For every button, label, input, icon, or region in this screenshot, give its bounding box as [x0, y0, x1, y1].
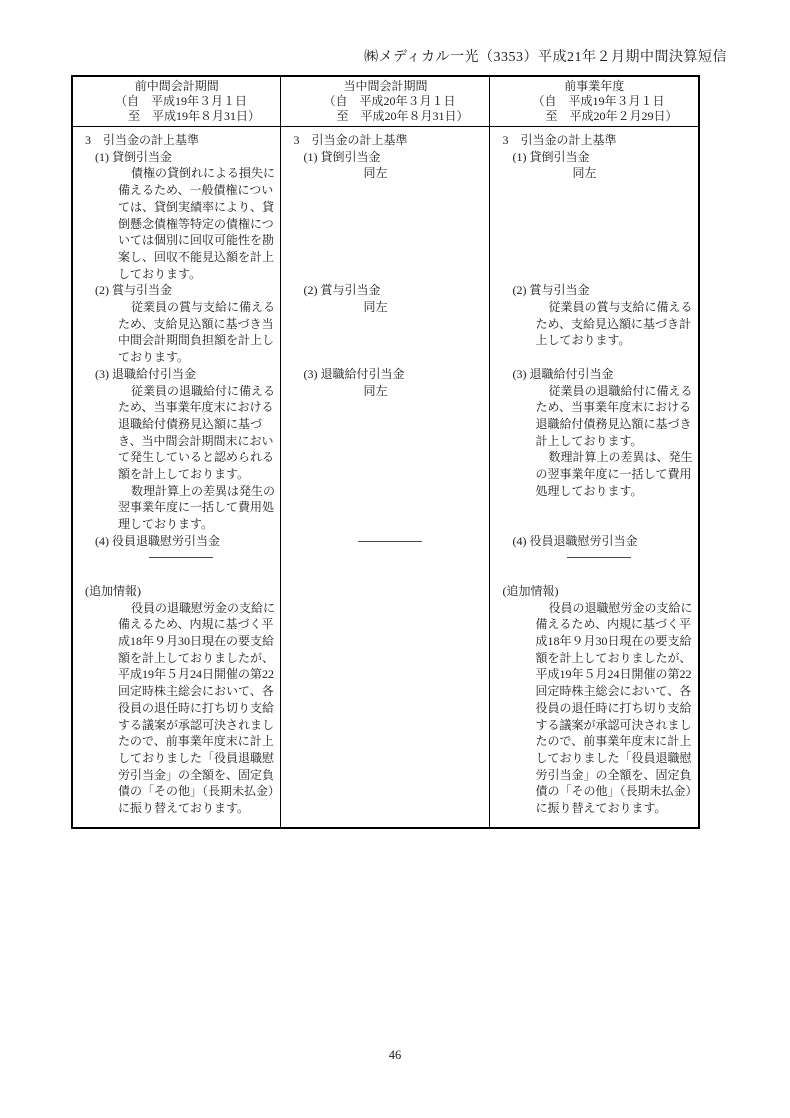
period-from: （自 平成19年３月１日: [532, 94, 696, 109]
item-1-body: 債権の貸倒れによる損失に備えるため、一般債権については、貸倒実績率により、貸倒懸…: [118, 165, 277, 282]
item-4-title: (4) 役員退職慰労引当金: [512, 533, 695, 550]
period-from: （自 平成19年３月１日: [115, 94, 278, 109]
none-dash: [293, 533, 486, 550]
additional-info-label: (追加情報): [85, 583, 277, 600]
period-to: 至 平成20年２月29日）: [545, 109, 696, 124]
item-2-title: (2) 賞与引当金: [512, 282, 695, 299]
table-header-row: 前中間会計期間 （自 平成19年３月１日 至 平成19年８月31日） 当中間会計…: [72, 76, 699, 127]
blank-line-spacer: [502, 182, 695, 282]
item-2-title: (2) 賞与引当金: [95, 282, 277, 299]
additional-info-label: (追加情報): [502, 583, 695, 600]
blank-line-spacer: [85, 566, 277, 583]
section-heading: 3 引当金の計上基準: [85, 132, 277, 149]
header-cell-prior-interim-period: 前中間会計期間 （自 平成19年３月１日 至 平成19年８月31日）: [72, 76, 281, 127]
item-2-title: (2) 賞与引当金: [303, 282, 486, 299]
item-4-title: (4) 役員退職慰労引当金: [95, 533, 277, 550]
period-from: （自 平成20年３月１日: [323, 94, 487, 109]
body-cell-current-interim-period: 3 引当金の計上基準(1) 貸倒引当金同左(2) 賞与引当金同左(3) 退職給付…: [281, 127, 490, 828]
period-name: 前中間会計期間: [75, 79, 278, 94]
additional-info-body: 役員の退職慰労金の支給に備えるため、内規に基づく平成18年９月30日現在の要支給…: [535, 600, 695, 817]
section-heading: 3 引当金の計上基準: [293, 132, 486, 149]
item-2-body: 従業員の賞与支給に備えるため、支給見込額に基づき当中間会計期間負担額を計上してお…: [118, 299, 277, 366]
same-as-left: 同左: [363, 299, 486, 316]
item-2-body: 従業員の賞与支給に備えるため、支給見込額に基づき計上しております。: [535, 299, 695, 349]
blank-line-spacer: [502, 499, 695, 532]
none-dash: [502, 550, 695, 567]
item-3-title: (3) 退職給付引当金: [303, 366, 486, 383]
section-heading: 3 引当金の計上基準: [502, 132, 695, 149]
blank-line-spacer: [502, 566, 695, 583]
period-name: 当中間会計期間: [283, 79, 487, 94]
dash-line: [149, 557, 213, 558]
period-to: 至 平成19年８月31日）: [128, 109, 278, 124]
document-page: ㈱メディカル一光（3353）平成21年２月期中間決算短信 前中間会計期間 （自 …: [0, 0, 790, 1118]
additional-info-body: 役員の退職慰労金の支給に備えるため、内規に基づく平成18年９月30日現在の要支給…: [118, 600, 277, 817]
item-1-title: (1) 貸倒引当金: [95, 149, 277, 166]
body-cell-prior-fiscal-year: 3 引当金の計上基準(1) 貸倒引当金同左(2) 賞与引当金従業員の賞与支給に備…: [490, 127, 699, 828]
blank-line-spacer: [293, 316, 486, 366]
item-3-title: (3) 退職給付引当金: [95, 366, 277, 383]
dash-line: [358, 541, 422, 542]
page-number: 46: [0, 1048, 790, 1063]
header-cell-current-interim-period: 当中間会計期間 （自 平成20年３月１日 至 平成20年８月31日）: [281, 76, 490, 127]
item-3-body: 従業員の退職給付に備えるため、当事業年度末における退職給付債務見込額に基づき、当…: [118, 383, 277, 483]
header-cell-prior-fiscal-year: 前事業年度 （自 平成19年３月１日 至 平成20年２月29日）: [490, 76, 699, 127]
accounting-policy-table: 前中間会計期間 （自 平成19年３月１日 至 平成19年８月31日） 当中間会計…: [71, 75, 700, 829]
same-as-left: 同左: [572, 165, 695, 182]
item-1-title: (1) 貸倒引当金: [512, 149, 695, 166]
blank-line-spacer: [293, 182, 486, 282]
period-to: 至 平成20年８月31日）: [336, 109, 487, 124]
document-title: ㈱メディカル一光（3353）平成21年２月期中間決算短信: [0, 46, 727, 66]
item-3-body-2: 数理計算上の差異は、発生の翌事業年度に一括して費用処理しております。: [535, 449, 695, 499]
item-1-title: (1) 貸倒引当金: [303, 149, 486, 166]
blank-line-spacer: [293, 399, 486, 533]
none-dash: [85, 550, 277, 567]
period-name: 前事業年度: [492, 79, 696, 94]
item-3-body: 従業員の退職給付に備えるため、当事業年度末における退職給付債務見込額に基づき計上…: [535, 383, 695, 450]
dash-line: [567, 557, 631, 558]
same-as-left: 同左: [363, 165, 486, 182]
same-as-left: 同左: [363, 383, 486, 400]
item-3-title: (3) 退職給付引当金: [512, 366, 695, 383]
item-3-body-2: 数理計算上の差異は発生の翌事業年度に一括して費用処理しております。: [118, 483, 277, 533]
table-body-row: 3 引当金の計上基準(1) 貸倒引当金債権の貸倒れによる損失に備えるため、一般債…: [72, 127, 699, 828]
body-cell-prior-interim-period: 3 引当金の計上基準(1) 貸倒引当金債権の貸倒れによる損失に備えるため、一般債…: [72, 127, 281, 828]
blank-line-spacer: [502, 349, 695, 366]
